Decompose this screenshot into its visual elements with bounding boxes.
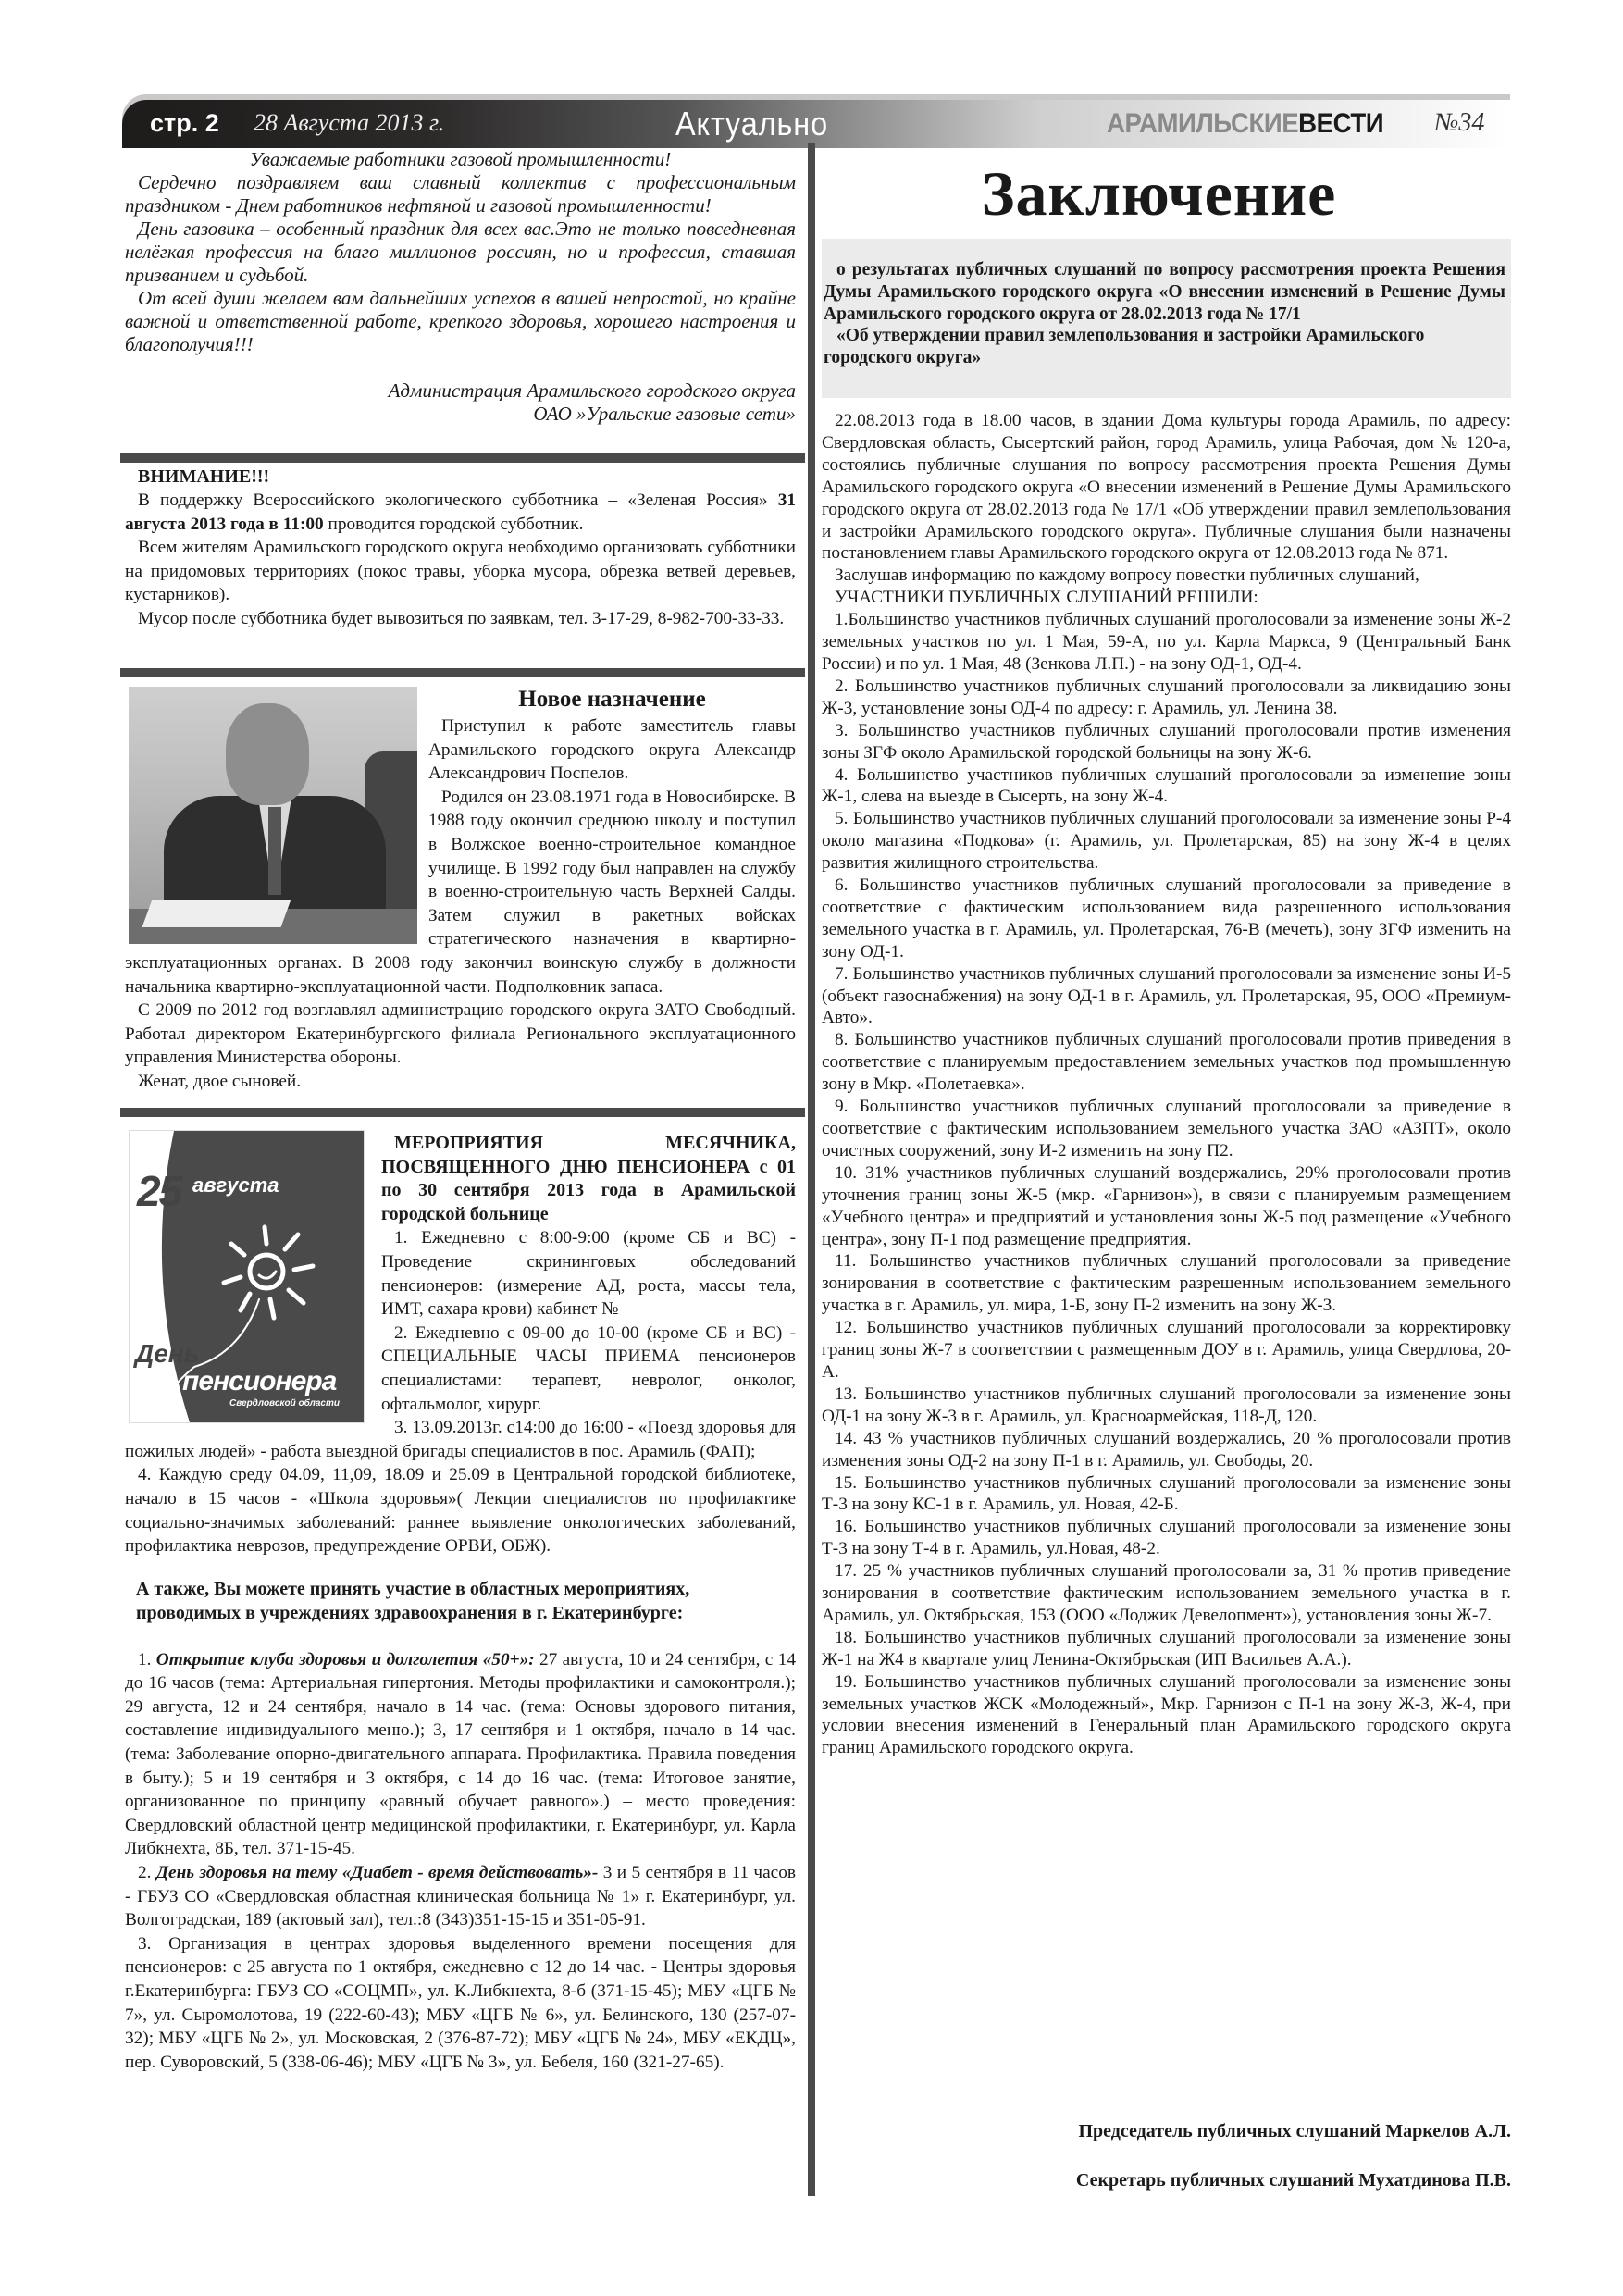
signature-line-1: Администрация Арамильского городского ок…	[389, 379, 796, 402]
pensioner-events-article: 25 августа День пенсионера Свердловской …	[125, 1126, 796, 2074]
decision-item: 5. Большинство участников публичных слуш…	[822, 808, 1511, 875]
decision-item: 8. Большинство участников публичных слуш…	[822, 1029, 1511, 1096]
decision-item: 1.Большинство участников публичных слуша…	[822, 609, 1511, 676]
greeting-title: Уважаемые работники газовой промышленнос…	[125, 148, 796, 171]
attention-paragraph: Всем жителям Арамильского городского окр…	[125, 536, 796, 607]
portrait-photo	[129, 687, 417, 944]
appointment-paragraph: С 2009 по 2012 год возглавлял администра…	[125, 999, 796, 1070]
conclusion-heard: Заслушав информацию по каждому вопросу п…	[822, 565, 1511, 587]
appointment-paragraph: Женат, двое сыновей.	[125, 1070, 796, 1094]
decision-item: 14. 43 % участников публичных слушаний в…	[822, 1428, 1511, 1472]
decision-item: 16. Большинство участников публичных слу…	[822, 1516, 1511, 1560]
poster-month: августа	[192, 1173, 279, 1198]
decision-item: 2. Большинство участников публичных слуш…	[822, 676, 1511, 720]
conclusion-subject-box: о результатах публичных слушаний по вопр…	[822, 239, 1511, 398]
decision-item: 10. 31% участников публичных слушаний во…	[822, 1162, 1511, 1251]
decision-item: 7. Большинство участников публичных слуш…	[822, 963, 1511, 1030]
section-title: Актуально	[675, 105, 828, 143]
regional-event-title: День здоровья на тему «Диабет - время де…	[156, 1863, 598, 1882]
logo-part-1: АРАМИЛЬСКИЕ	[1107, 108, 1298, 139]
decision-item: 9. Большинство участников публичных слуш…	[822, 1096, 1511, 1162]
section-separator	[120, 668, 805, 677]
pensioner-day-poster: 25 августа День пенсионера Свердловской …	[129, 1130, 365, 1423]
chairman-signature: Председатель публичных слушаний Маркелов…	[822, 2119, 1511, 2168]
decision-item: 12. Большинство участников публичных слу…	[822, 1317, 1511, 1384]
decision-item: 11. Большинство участников публичных слу…	[822, 1250, 1511, 1317]
decision-item: 3. Большинство участников публичных слуш…	[822, 720, 1511, 764]
signature-line-2: ОАО »Уральские газовые сети»	[533, 403, 796, 425]
regional-event-title: Открытие клуба здоровья и долголетия «50…	[156, 1650, 535, 1669]
attention-paragraph: Мусор после субботника будет вывозиться …	[125, 607, 796, 631]
subject-paragraph: о результатах публичных слушаний по вопр…	[824, 259, 1505, 325]
conclusion-intro: 22.08.2013 года в 18.00 часов, в здании …	[822, 410, 1511, 565]
decision-item: 6. Большинство участников публичных слуш…	[822, 875, 1511, 963]
page-number: стр. 2	[150, 109, 219, 138]
greeting-article: Уважаемые работники газовой промышленнос…	[125, 148, 796, 426]
attention-heading: ВНИМАНИЕ!!!	[138, 465, 796, 489]
regional-events-heading: А также, Вы можете принять участие в обл…	[136, 1577, 796, 1625]
poster-line-1: День	[135, 1339, 199, 1369]
newspaper-logo: АРАМИЛЬСКИЕВЕСТИ	[1107, 108, 1383, 140]
greeting-paragraph: Сердечно поздравляем ваш славный коллект…	[125, 171, 796, 217]
decision-item: 18. Большинство участников публичных слу…	[822, 1627, 1511, 1671]
decision-item: 17. 25 % участников публичных слушаний п…	[822, 1560, 1511, 1627]
greeting-paragraph: День газовика – особенный праздник для в…	[125, 217, 796, 287]
attention-notice: ВНИМАНИЕ!!! В поддержку Всероссийского э…	[125, 465, 796, 631]
regional-event: 2. День здоровья на тему «Диабет - время…	[125, 1861, 796, 1932]
section-separator	[120, 1108, 805, 1117]
poster-day: 25	[137, 1166, 180, 1216]
conclusion-body: 22.08.2013 года в 18.00 часов, в здании …	[822, 410, 1511, 1759]
logo-part-2: ВЕСТИ	[1298, 108, 1383, 139]
secretary-signature: Секретарь публичных слушаний Мухатдинова…	[822, 2168, 1511, 2217]
decision-item: 15. Большинство участников публичных слу…	[822, 1472, 1511, 1517]
attention-paragraph: В поддержку Всероссийского экологическог…	[125, 489, 796, 536]
regional-event: 1. Открытие клуба здоровья и долголетия …	[125, 1648, 796, 1861]
subject-paragraph: «Об утверждении правил землепользования …	[824, 325, 1505, 369]
decision-item: 4. Большинство участников публичных слуш…	[822, 764, 1511, 809]
column-divider	[808, 143, 815, 2196]
appointment-article: Новое назначение Приступил к работе заме…	[125, 683, 796, 1094]
decision-item: 13. Большинство участников публичных слу…	[822, 1384, 1511, 1428]
issue-number: №34	[1434, 108, 1484, 138]
conclusion-decided: УЧАСТНИКИ ПУБЛИЧНЫХ СЛУШАНИЙ РЕШИЛИ:	[822, 587, 1511, 609]
page-header: стр. 2 28 Августа 2013 г. Актуально АРАМ…	[122, 100, 1510, 148]
regional-event: 3. Организация в центрах здоровья выделе…	[125, 1932, 796, 2075]
conclusion-title: Заключение	[814, 157, 1504, 230]
poster-region: Свердловской области	[229, 1398, 340, 1409]
section-separator	[120, 453, 805, 463]
issue-date: 28 Августа 2013 г.	[254, 109, 444, 137]
greeting-signature: Администрация Арамильского городского ок…	[125, 379, 796, 426]
poster-line-2: пенсионера	[182, 1366, 336, 1397]
greeting-paragraph: От всей души желаем вам дальнейших успех…	[125, 287, 796, 356]
signatures: Председатель публичных слушаний Маркелов…	[822, 2119, 1511, 2217]
pension-item: 4. Каждую среду 04.09, 11,09, 18.09 и 25…	[125, 1463, 796, 1558]
decision-item: 19. Большинство участников публичных слу…	[822, 1671, 1511, 1760]
